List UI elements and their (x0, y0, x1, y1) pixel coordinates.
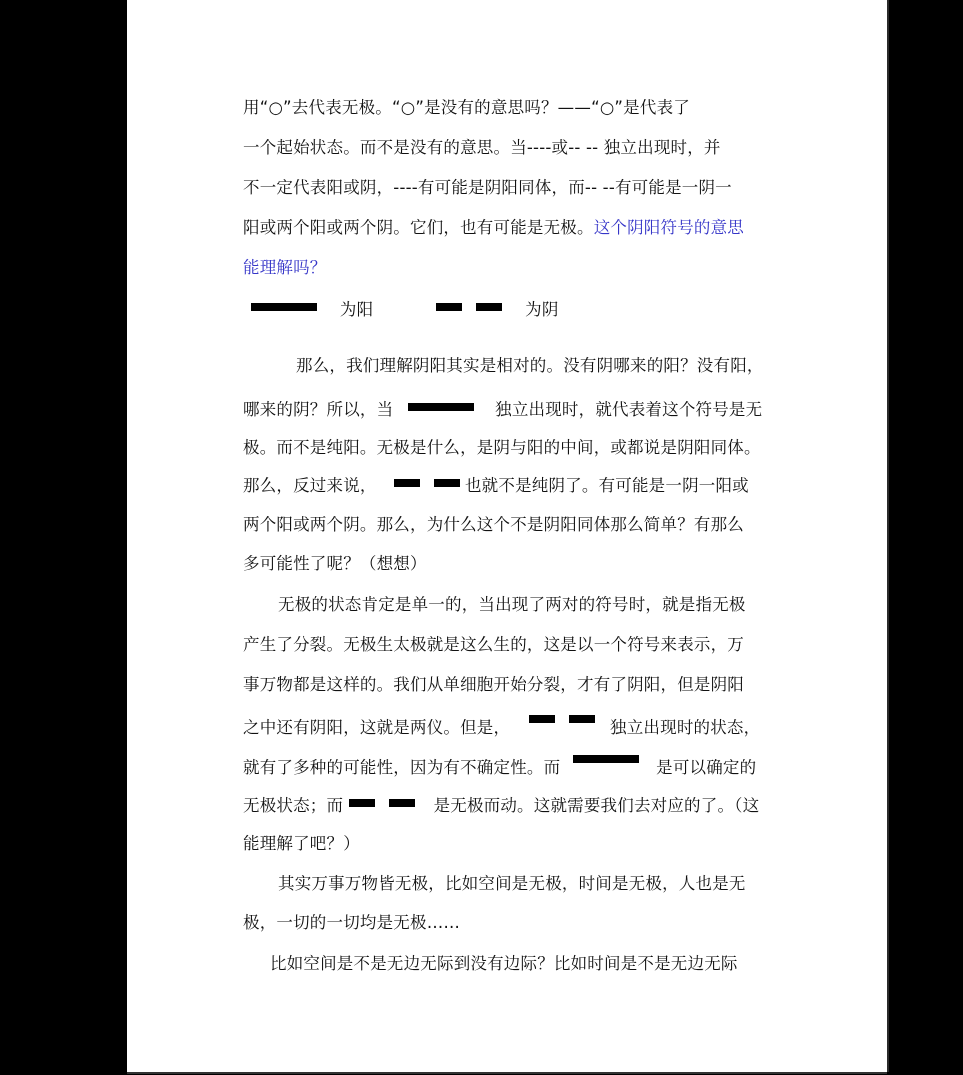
text-span: 事万物都是这样的。我们从单细胞开始分裂，才有了阴阳，但是阴阳 (243, 675, 744, 694)
text-line: 能理解了吧？） (243, 832, 783, 856)
text-span: 哪来的阴？所以，当 (243, 400, 393, 419)
text-line: 极。而不是纯阳。无极是什么，是阴与阳的中间，或都说是阴阳同体。 (243, 436, 783, 460)
text-span: 那么，我们理解阴阳其实是相对的。没有阴哪来的阳？没有阳， (296, 356, 764, 375)
text-span: 是无极而动。这就需要我们去对应的了。（这 (434, 796, 760, 815)
text-line: 产生了分裂。无极生太极就是这么生的，这是以一个符号来表示，万 (243, 633, 783, 657)
text-span: 独立出现时，就代表着这个符号是无 (495, 400, 762, 419)
document-page: 用“○”去代表无极。“○”是没有的意思吗？——“○”是代表了 一个起始状态。而不… (127, 0, 887, 1072)
yin-line-icon (436, 295, 502, 319)
text-span: 那么，反过来说， (243, 476, 377, 495)
yang-label: 为阳 (340, 300, 373, 319)
symbol-legend: 为阳 为阴 (251, 298, 791, 322)
text-line: 无极状态；而 是无极而动。这就需要我们去对应的了。（这 (243, 794, 783, 818)
text-span: 其实万事万物皆无极，比如空间是无极，时间是无极，人也是无 (278, 874, 746, 893)
yang-line-icon (573, 755, 639, 763)
text-span: 一个起始状态。而不是没有的意思。当----或-- -- 独立出现时，并 (243, 138, 721, 157)
text-line: 比如空间是不是无边无际到没有边际？比如时间是不是无边无际 (270, 952, 810, 976)
text-line: 阳或两个阳或两个阴。它们，也有可能是无极。这个阴阳符号的意思 (243, 216, 783, 240)
highlighted-question: 能理解吗？ (243, 258, 327, 277)
text-line: 能理解吗？ (243, 256, 783, 280)
text-span: 极，一切的一切均是无极…… (243, 913, 460, 932)
text-span: 产生了分裂。无极生太极就是这么生的，这是以一个符号来表示，万 (243, 635, 744, 654)
yang-line-icon (251, 303, 317, 311)
text-span: 多可能性了呢？（想想） (243, 554, 427, 573)
text-line: 一个起始状态。而不是没有的意思。当----或-- -- 独立出现时，并 (243, 136, 783, 160)
text-line: 那么，反过来说， 也就不是纯阴了。有可能是一阴一阳或 (243, 474, 783, 498)
text-line: 之中还有阴阳，这就是两仪。但是， 独立出现时的状态， (243, 716, 783, 740)
text-span: 也就不是纯阴了。有可能是一阴一阳或 (465, 476, 749, 495)
text-line: 事万物都是这样的。我们从单细胞开始分裂，才有了阴阳，但是阴阳 (243, 673, 783, 697)
text-span: 比如空间是不是无边无际到没有边际？比如时间是不是无边无际 (270, 954, 738, 973)
text-line: 极，一切的一切均是无极…… (243, 911, 783, 935)
text-span: 极。而不是纯阳。无极是什么，是阴与阳的中间，或都说是阴阳同体。 (243, 438, 761, 457)
highlighted-question: 这个阴阳符号的意思 (594, 218, 744, 237)
text-line: 用“○”去代表无极。“○”是没有的意思吗？——“○”是代表了 (243, 96, 783, 120)
yin-label: 为阴 (525, 300, 558, 319)
yin-line-icon (349, 791, 415, 815)
text-span: 是可以确定的 (656, 758, 756, 777)
text-span: 就有了多种的可能性，因为有不确定性。而 (243, 758, 560, 777)
yang-line-icon (408, 403, 474, 411)
text-line: 哪来的阴？所以，当 独立出现时，就代表着这个符号是无 (243, 398, 783, 422)
text-span: 能理解了吧？） (243, 834, 360, 853)
text-span: 用“○”去代表无极。“○”是没有的意思吗？——“○”是代表了 (243, 98, 690, 117)
text-span: 不一定代表阳或阴，----有可能是阴阳同体，而-- --有可能是一阴一 (243, 178, 732, 197)
text-span: 之中还有阴阳，这就是两仪。但是， (243, 718, 510, 737)
text-span: 阳或两个阳或两个阴。它们，也有可能是无极。 (243, 218, 594, 237)
yin-line-icon (529, 707, 595, 731)
text-span: 无极状态；而 (243, 796, 343, 815)
text-line: 就有了多种的可能性，因为有不确定性。而 是可以确定的 (243, 756, 783, 780)
text-span: 独立出现时的状态， (610, 718, 760, 737)
text-span: 两个阳或两个阴。那么，为什么这个不是阴阳同体那么简单？有那么 (243, 515, 744, 534)
text-line: 其实万事万物皆无极，比如空间是无极，时间是无极，人也是无 (278, 872, 818, 896)
text-span: 无极的状态肯定是单一的，当出现了两对的符号时，就是指无极 (278, 595, 746, 614)
text-line: 不一定代表阳或阴，----有可能是阴阳同体，而-- --有可能是一阴一 (243, 176, 783, 200)
text-line: 两个阳或两个阴。那么，为什么这个不是阴阳同体那么简单？有那么 (243, 513, 783, 537)
text-line: 那么，我们理解阴阳其实是相对的。没有阴哪来的阳？没有阳， (296, 354, 836, 378)
text-line: 无极的状态肯定是单一的，当出现了两对的符号时，就是指无极 (278, 593, 818, 617)
yin-line-icon (394, 471, 460, 495)
text-line: 多可能性了呢？（想想） (243, 552, 783, 576)
